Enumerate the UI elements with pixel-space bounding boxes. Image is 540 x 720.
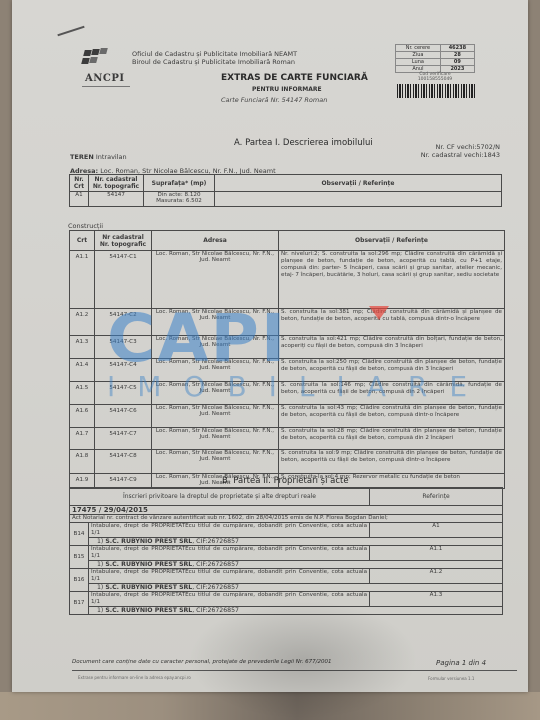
footer-version: Formular versiunea 1.1 [428,676,474,681]
req-label: Ziua [396,52,441,59]
cf-old-number: Nr. CF vechi:5702/N [435,143,500,151]
col-header: Suprafața* (mp) [144,175,215,192]
entry-text: Intabulare, drept de PROPRIETATEcu titlu… [89,546,370,561]
owner-cif: , CIF:26726857 [192,584,239,591]
table-row: A1.254147-C2Loc. Roman, Str Nicolae Bălc… [70,309,505,336]
owner-cif: , CIF:26726857 [192,561,239,568]
pen-mark [57,26,84,37]
cell-crt: A1.1 [70,251,95,309]
cell-obs: S. construita la sol:9 mp; Clădire const… [279,450,505,474]
cell-suprafata: Din acte: 8.120 Masurata: 6.502 [144,192,215,207]
cell-obs: S. construita la sol:421 mp; Clădire con… [279,336,505,359]
entry-ref: A1 [370,523,503,538]
cell-adresa: Loc. Roman, Str Nicolae Bălcescu, Nr. F.… [152,336,279,359]
entry-ref: A1.1 [370,546,503,561]
table-row: A1.654147-C6Loc. Roman, Str Nicolae Bălc… [70,405,505,428]
owner-index: 1) [97,607,103,614]
table-row: A1 54147 Din acte: 8.120 Masurata: 6.502 [70,192,502,207]
land-type: TEREN Intravilan [70,153,127,161]
owner-name: S.C. RUBYNIO PREST SRL [105,607,192,614]
cell-crt: A1.8 [70,450,95,474]
col-header: Referințe [370,488,503,506]
owner-name: S.C. RUBYNIO PREST SRL [105,538,192,545]
office-line-1: Oficiul de Cadastru și Publicitate Imobi… [132,50,297,58]
cell-cadastral: 54147-C6 [95,405,152,428]
req-label: Nr. cerere [396,45,441,52]
verification-value: 100158555049 [405,77,465,82]
col-header: Înscrieri privitoare la dreptul de propr… [70,488,370,506]
entry-code: B15 [70,546,89,569]
cell-crt: A1.6 [70,405,95,428]
footer-source: Extrase pentru informare on-line la adre… [78,675,191,680]
cell-adresa: Loc. Roman, Str Nicolae Bălcescu, Nr. F.… [152,309,279,336]
office-line-2: Biroul de Cadastru și Publicitate Imobil… [132,58,297,66]
col-header: Observații / Referințe [215,175,502,192]
col-header: Adresa [152,231,279,251]
cell-obs: S. construita la sol:146 mp; Clădire con… [279,382,505,405]
cadastral-old-number: Nr. cadastral vechi:1843 [421,151,500,159]
col-header: Nr cadastral Nr. topografic [95,231,152,251]
cell-cadastral: 54147-C5 [95,382,152,405]
document-page: ANCPI Oficiul de Cadastru și Publicitate… [12,0,528,692]
cell-crt: A1.3 [70,336,95,359]
entry-text: Intabulare, drept de PROPRIETATEcu titlu… [89,569,370,584]
suprafata-masurata: Masurata: 6.502 [146,198,212,204]
table-row: A1.754147-C7Loc. Roman, Str Nicolae Bălc… [70,428,505,450]
owner-name: S.C. RUBYNIO PREST SRL [105,561,192,568]
land-type-label: TEREN [70,153,94,161]
cell-crt: A1 [70,192,89,207]
cell-crt: A1.7 [70,428,95,450]
owner-index: 1) [97,561,103,568]
carte-funciara-number: Carte Funciară Nr. 54147 Roman [221,96,327,104]
footer-divider [72,670,517,671]
req-value: 46238 [440,45,474,52]
notarial-act: Act Notarial nr. contract de vânzare aut… [70,515,503,523]
cell-cadastral: 54147 [89,192,144,207]
cell-crt: A1.4 [70,359,95,382]
owner-row: 1) S.C. RUBYNIO PREST SRL, CIF:26726857 [70,607,503,615]
part1-title: A. Partea I. Descrierea imobilului [234,138,373,148]
cell-cadastral: 54147-C4 [95,359,152,382]
background-surface [0,692,540,720]
document-title: EXTRAS DE CARTE FUNCIARĂ [221,73,368,83]
req-value: 28 [440,52,474,59]
cell-cadastral: 54147-C7 [95,428,152,450]
owners-table: Înscrieri privitoare la dreptul de propr… [69,487,503,615]
document-subtitle: PENTRU INFORMARE [252,86,322,93]
cell-crt: A1.5 [70,382,95,405]
ownership-row: B14Intabulare, drept de PROPRIETATEcu ti… [70,523,503,538]
owner-row: 1) S.C. RUBYNIO PREST SRL, CIF:26726857 [70,561,503,569]
req-label: Luna [396,59,441,66]
owner-index: 1) [97,584,103,591]
entry-code: B17 [70,592,89,615]
cell-cadastral: 54147-C3 [95,336,152,359]
cell-obs: S. construita la sol:381 mp; Clădire con… [279,309,505,336]
cell-obs: S. construita la sol:43 mp; Clădire cons… [279,405,505,428]
owner-cif: , CIF:26726857 [192,607,239,614]
cell-obs: S. construita la sol:250 mp; Clădire con… [279,359,505,382]
owner-cif: , CIF:26726857 [192,538,239,545]
table-row: A1.454147-C4Loc. Roman, Str Nicolae Bălc… [70,359,505,382]
ancpi-logo: ANCPI [82,48,132,98]
cell-adresa: Loc. Roman, Str Nicolae Bălcescu, Nr. F.… [152,428,279,450]
cell-obs [215,192,502,207]
constructions-table: Crt Nr cadastral Nr. topografic Adresa O… [69,230,505,489]
cell-obs: Nr. niveluri:2; S. construita la sol:296… [279,251,505,309]
table-row: A1.154147-C1Loc. Roman, Str Nicolae Bălc… [70,251,505,309]
owner: 1) S.C. RUBYNIO PREST SRL, CIF:26726857 [89,607,503,615]
col-header: Observații / Referințe [279,231,505,251]
table-row: A1.554147-C5Loc. Roman, Str Nicolae Bălc… [70,382,505,405]
owner-row: 1) S.C. RUBYNIO PREST SRL, CIF:26726857 [70,584,503,592]
entry-text: Intabulare, drept de PROPRIETATEcu titlu… [89,523,370,538]
cell-obs: S. construita la sol:28 mp; Clădire cons… [279,428,505,450]
logo-text: ANCPI [85,73,125,84]
footer-legal: Document care conține date cu caracter p… [72,659,332,665]
entry-id: 17475 / 29/04/2015 [70,506,503,515]
barcode [397,84,475,98]
request-info-box: Nr. cerere46238 Ziua28 Luna09 Anul2023 [395,44,475,73]
cell-cadastral: 54147-C2 [95,309,152,336]
ownership-row: B16Intabulare, drept de PROPRIETATEcu ti… [70,569,503,584]
cell-adresa: Loc. Roman, Str Nicolae Bălcescu, Nr. F.… [152,450,279,474]
table-row: A1.354147-C3Loc. Roman, Str Nicolae Bălc… [70,336,505,359]
cell-cadastral: 54147-C1 [95,251,152,309]
cell-adresa: Loc. Roman, Str Nicolae Bălcescu, Nr. F.… [152,382,279,405]
constructions-label: Construcții [68,222,103,230]
cell-adresa: Loc. Roman, Str Nicolae Bălcescu, Nr. F.… [152,251,279,309]
owner: 1) S.C. RUBYNIO PREST SRL, CIF:26726857 [89,584,503,592]
part2-title: B. Partea II. Proprietari și acte [222,476,349,486]
page-number: Pagina 1 din 4 [436,659,486,667]
cell-cadastral: 54147-C8 [95,450,152,474]
land-type-value: Intravilan [94,153,127,161]
owner: 1) S.C. RUBYNIO PREST SRL, CIF:26726857 [89,561,503,569]
owner: 1) S.C. RUBYNIO PREST SRL, CIF:26726857 [89,538,503,546]
entry-code: B14 [70,523,89,546]
office-info: Oficiul de Cadastru și Publicitate Imobi… [132,50,297,66]
cell-crt: A1.2 [70,309,95,336]
req-value: 09 [440,59,474,66]
entry-ref: A1.3 [370,592,503,607]
cell-adresa: Loc. Roman, Str Nicolae Bălcescu, Nr. F.… [152,359,279,382]
col-header: Nr. cadastral Nr. topografic [89,175,144,192]
owner-index: 1) [97,538,103,545]
ownership-row: B15Intabulare, drept de PROPRIETATEcu ti… [70,546,503,561]
col-header: Crt [70,231,95,251]
col-header: Nr. Crt [70,175,89,192]
land-table: Nr. Crt Nr. cadastral Nr. topografic Sup… [69,174,502,207]
entry-text: Intabulare, drept de PROPRIETATEcu titlu… [89,592,370,607]
entry-ref: A1.2 [370,569,503,584]
entry-code: B16 [70,569,89,592]
owner-name: S.C. RUBYNIO PREST SRL [105,584,192,591]
cell-adresa: Loc. Roman, Str Nicolae Bălcescu, Nr. F.… [152,405,279,428]
table-row: A1.854147-C8Loc. Roman, Str Nicolae Bălc… [70,450,505,474]
verification-code: Cod verificare 100158555049 [405,72,465,82]
ownership-row: B17Intabulare, drept de PROPRIETATEcu ti… [70,592,503,607]
owner-row: 1) S.C. RUBYNIO PREST SRL, CIF:26726857 [70,538,503,546]
